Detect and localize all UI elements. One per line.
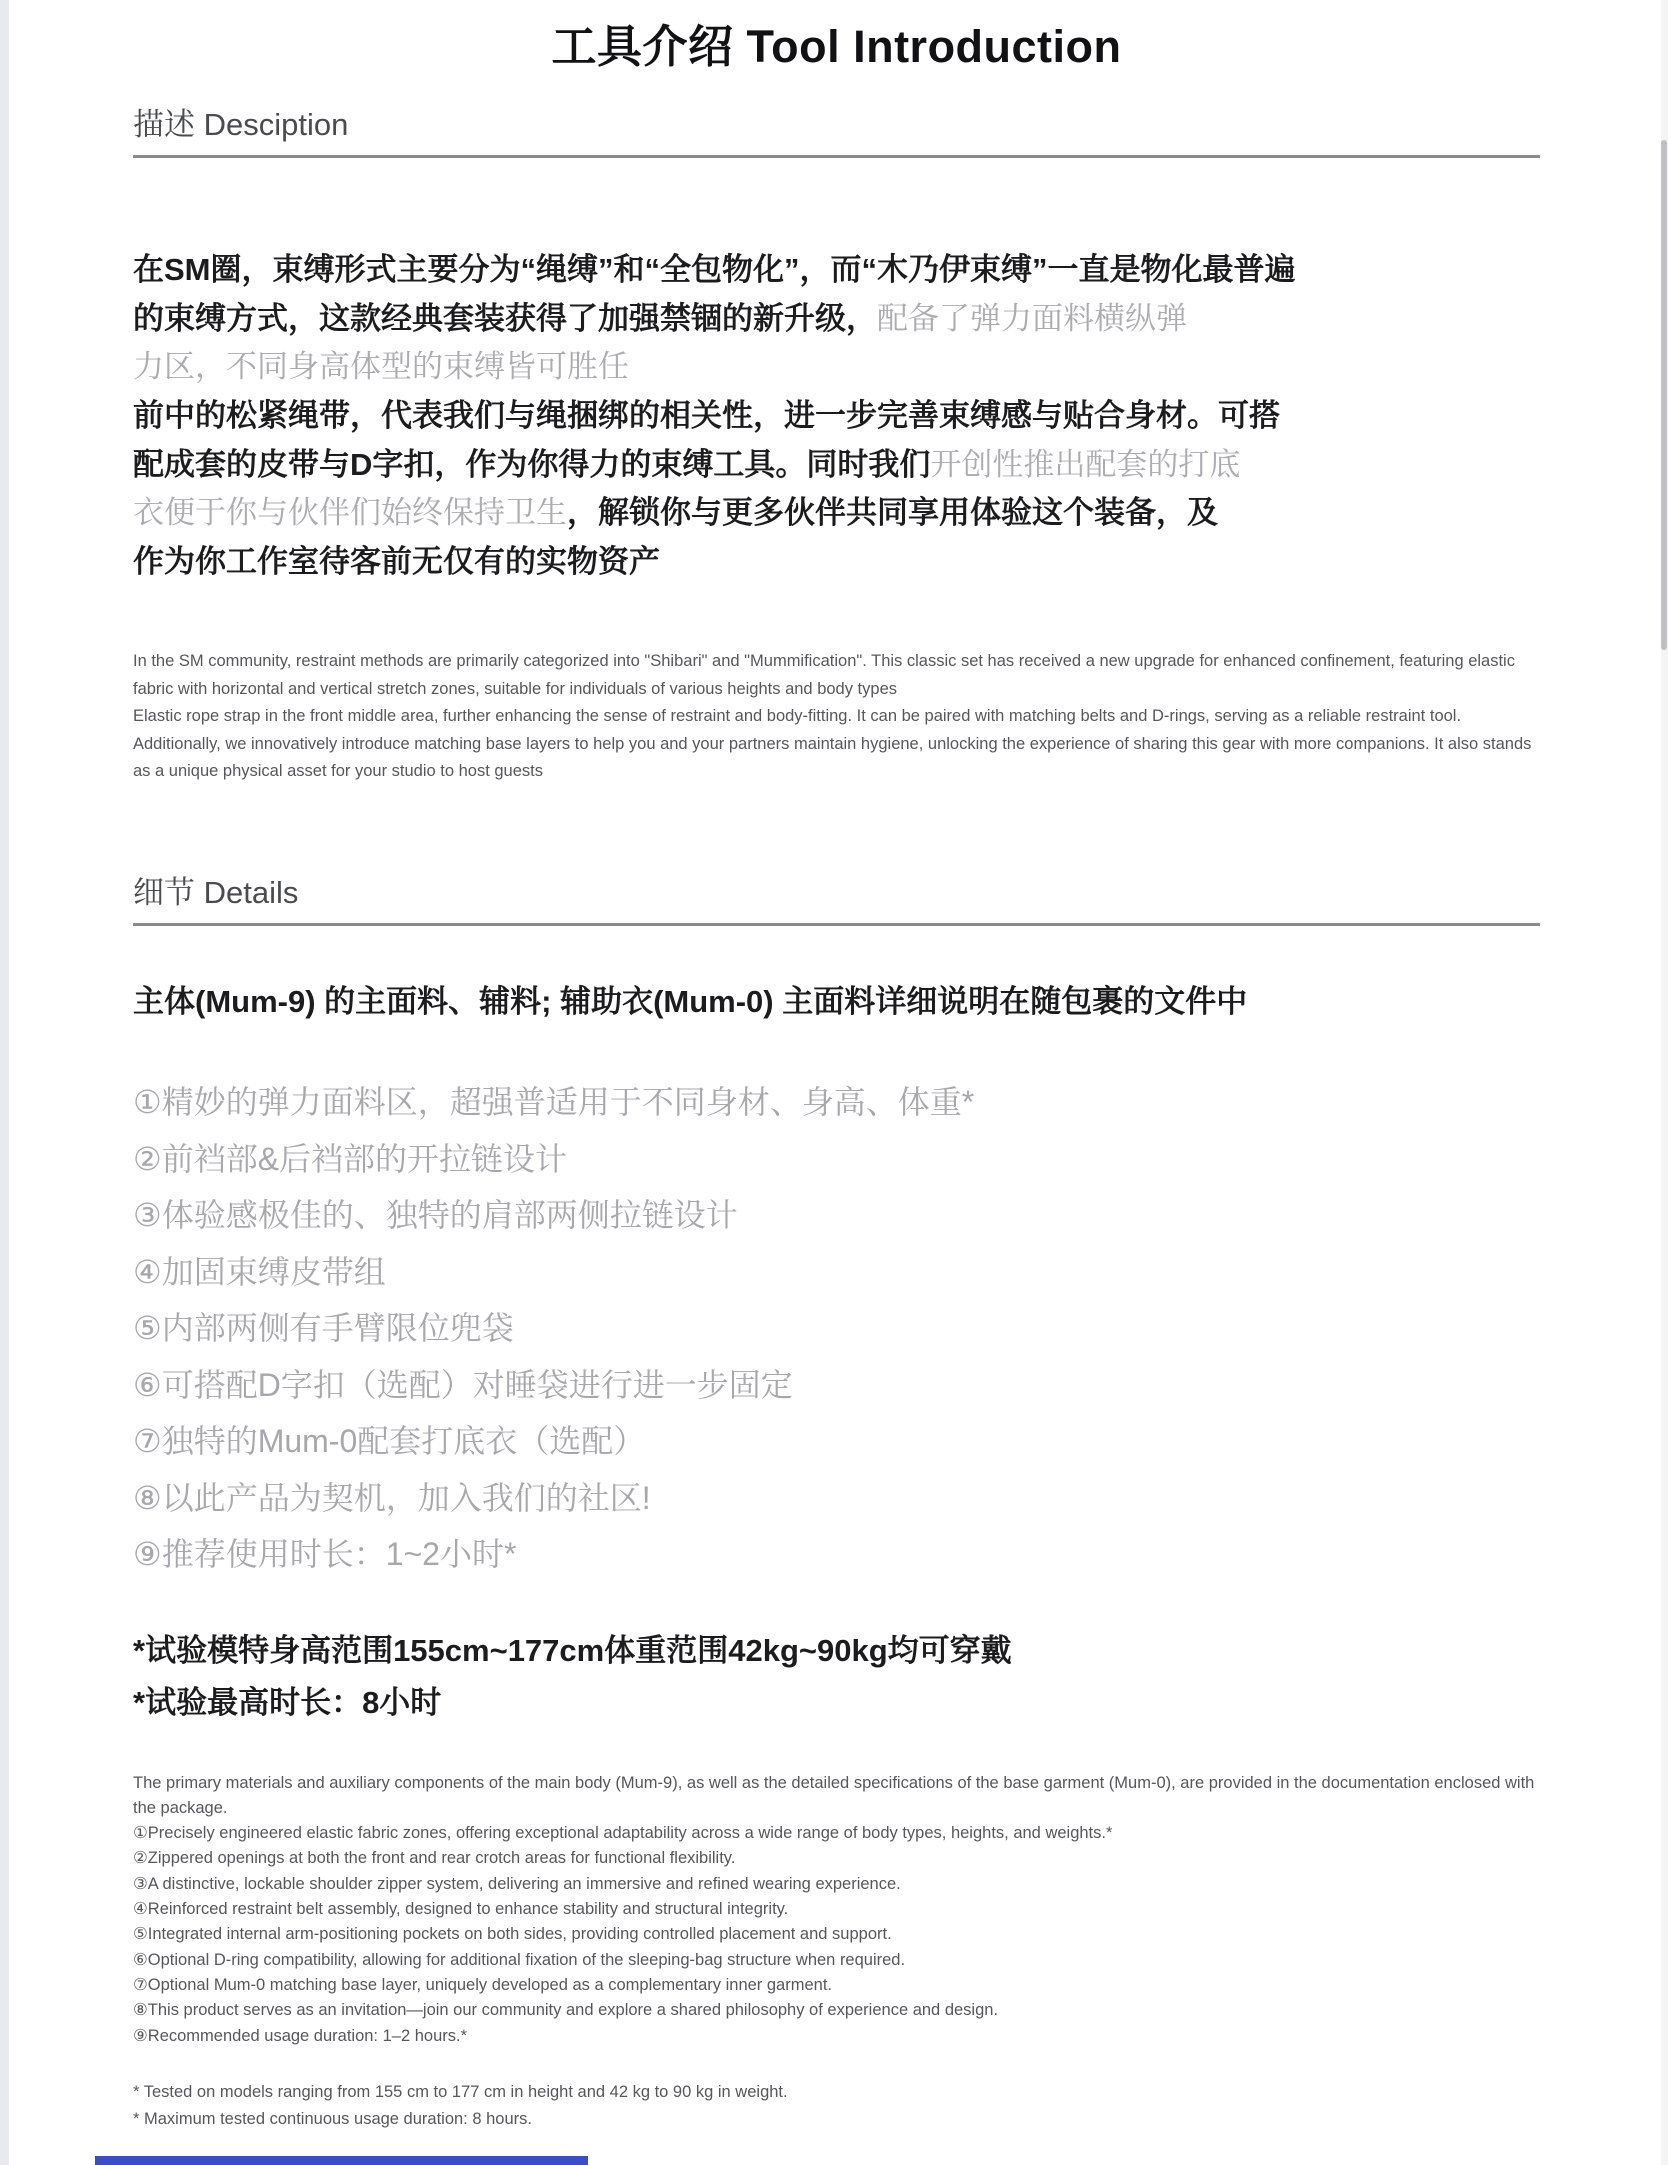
text-segment: 衣便于你与伙伴们始终保持卫生 <box>133 495 567 530</box>
details-en-footnotes: * Tested on models ranging from 155 cm t… <box>133 2079 1540 2133</box>
details-en-item: ⑤Integrated internal arm-positioning poc… <box>133 1922 1540 1947</box>
text-segment: 配备了弹力面料横纵弹 <box>877 301 1187 336</box>
text-segment: 力区，不同身高体型的束缚皆可胜任 <box>133 349 629 384</box>
description-cn-line: 衣便于你与伙伴们始终保持卫生，解锁你与更多伙伴共同享用体验这个装备，及 <box>133 489 1540 538</box>
details-note-line: *试验最高时长：8小时 <box>133 1677 1540 1729</box>
details-en-footnote: * Maximum tested continuous usage durati… <box>133 2106 1540 2133</box>
details-list-item: ⑧以此产品为契机，加入我们的社区! <box>133 1470 1540 1527</box>
details-list-item: ⑦独特的Mum-0配套打底衣（选配） <box>133 1413 1540 1470</box>
description-section-heading: 描述 Desciption <box>133 106 1540 143</box>
section-divider <box>133 923 1540 926</box>
details-section-heading: 细节 Details <box>133 874 1540 911</box>
details-intro-line: 主体(Mum-9) 的主面料、辅料; 辅助衣(Mum-0) 主面料详细说明在随包… <box>133 978 1540 1026</box>
text-segment: 配成套的皮带与D字扣，作为你得力的束缚工具。同时我们 <box>133 447 930 482</box>
section-divider <box>133 155 1540 158</box>
details-en-item: ③A distinctive, lockable shoulder zipper… <box>133 1872 1540 1897</box>
details-en-item: ④Reinforced restraint belt assembly, des… <box>133 1897 1540 1922</box>
details-en-intro: The primary materials and auxiliary comp… <box>133 1771 1540 1822</box>
details-en-item: ①Precisely engineered elastic fabric zon… <box>133 1821 1540 1846</box>
details-list-item: ⑥可搭配D字扣（选配）对睡袋进行进一步固定 <box>133 1357 1540 1414</box>
description-cn-line: 的束缚方式，这款经典套装获得了加强禁锢的新升级，配备了弹力面料横纵弹 <box>133 295 1540 344</box>
details-cn-list: ①精妙的弹力面料区，超强普适用于不同身材、身高、体重*②前裆部&后裆部的开拉链设… <box>133 1074 1540 1583</box>
description-cn-line: 配成套的皮带与D字扣，作为你得力的束缚工具。同时我们开创性推出配套的打底 <box>133 441 1540 490</box>
text-segment: 在SM圈，束缚形式主要分为“绳缚”和“全包物化”，而“木乃伊束缚”一直是物化最普… <box>133 252 1296 287</box>
text-segment: 开创性推出配套的打底 <box>930 447 1240 482</box>
document-content: 工具介绍 Tool Introduction 描述 Desciption 在SM… <box>133 0 1540 2133</box>
page-title: 工具介绍 Tool Introduction <box>133 20 1540 74</box>
details-en-item: ⑥Optional D-ring compatibility, allowing… <box>133 1948 1540 1973</box>
details-list-item: ②前裆部&后裆部的开拉链设计 <box>133 1131 1540 1188</box>
description-cn-line: 作为你工作室待客前无仅有的实物资产 <box>133 538 1540 587</box>
details-en-item: ⑨Recommended usage duration: 1–2 hours.* <box>133 2024 1540 2049</box>
details-en-item: ②Zippered openings at both the front and… <box>133 1846 1540 1871</box>
text-segment: 的束缚方式，这款经典套装获得了加强禁锢的新升级， <box>133 301 877 336</box>
description-en-paragraph: In the SM community, restraint methods a… <box>133 648 1540 786</box>
details-list-item: ③体验感极佳的、独特的肩部两侧拉链设计 <box>133 1187 1540 1244</box>
description-cn-line: 在SM圈，束缚形式主要分为“绳缚”和“全包物化”，而“木乃伊束缚”一直是物化最普… <box>133 246 1540 295</box>
scrollbar-track[interactable] <box>1661 0 1668 2165</box>
details-en-block: The primary materials and auxiliary comp… <box>133 1771 1540 2049</box>
details-list-item: ⑤内部两侧有手臂限位兜袋 <box>133 1300 1540 1357</box>
details-en-footnote: * Tested on models ranging from 155 cm t… <box>133 2079 1540 2106</box>
details-en-item: ⑦Optional Mum-0 matching base layer, uni… <box>133 1973 1540 1998</box>
details-en-item: ⑧This product serves as an invitation—jo… <box>133 1998 1540 2023</box>
details-note-line: *试验模特身高范围155cm~177cm体重范围42kg~90kg均可穿戴 <box>133 1625 1540 1677</box>
scrollbar-thumb[interactable] <box>1661 140 1667 650</box>
text-segment: 前中的松紧绳带，代表我们与绳捆绑的相关性，进一步完善束缚感与贴合身材。可搭 <box>133 398 1280 433</box>
details-list-item: ①精妙的弹力面料区，超强普适用于不同身材、身高、体重* <box>133 1074 1540 1131</box>
description-cn-line: 力区，不同身高体型的束缚皆可胜任 <box>133 343 1540 392</box>
text-segment: 作为你工作室待客前无仅有的实物资产 <box>133 544 660 579</box>
details-list-item: ④加固束缚皮带组 <box>133 1244 1540 1301</box>
text-segment: ，解锁你与更多伙伴共同享用体验这个装备，及 <box>567 495 1218 530</box>
description-cn-paragraph: 在SM圈，束缚形式主要分为“绳缚”和“全包物化”，而“木乃伊束缚”一直是物化最普… <box>133 246 1540 586</box>
details-list-item: ⑨推荐使用时长：1~2小时* <box>133 1526 1540 1583</box>
details-en-list: ①Precisely engineered elastic fabric zon… <box>133 1821 1540 2049</box>
bottom-accent-bar <box>95 2156 588 2165</box>
page-left-edge <box>0 0 9 2165</box>
description-cn-line: 前中的松紧绳带，代表我们与绳捆绑的相关性，进一步完善束缚感与贴合身材。可搭 <box>133 392 1540 441</box>
details-cn-notes: *试验模特身高范围155cm~177cm体重范围42kg~90kg均可穿戴*试验… <box>133 1625 1540 1729</box>
